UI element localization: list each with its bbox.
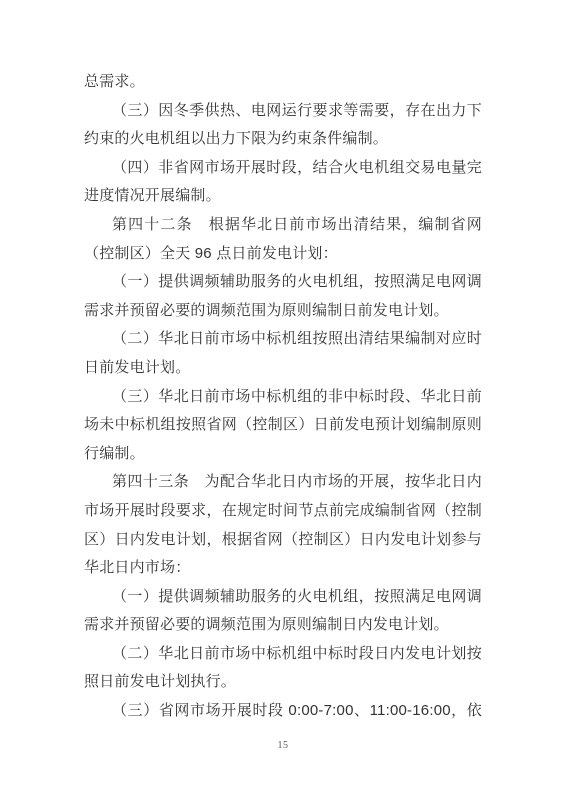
text-line: （二）华北日前市场中标机组中标时段日内发电计划按 [84,640,482,669]
text-line: 约束的火电机组以出力下限为约束条件编制。 [84,125,482,154]
text-line: （一）提供调频辅助服务的火电机组，按照满足电网调频 [84,583,482,612]
text-line: 场未中标机组按照省网（控制区）日前发电预计划编制原则进 [84,411,482,440]
text-line: （一）提供调频辅助服务的火电机组，按照满足电网调频 [84,268,482,297]
text-line: 总需求。 [84,68,482,97]
page-body-text: 总需求。（三）因冬季供热、电网运行要求等需要，存在出力下限约束的火电机组以出力下… [84,68,482,726]
text-line: 照日前发电计划执行。 [84,668,482,697]
text-line: （四）非省网市场开展时段，结合火电机组交易电量完成 [84,154,482,183]
page-footer: 15 [0,735,566,753]
text-line: 行编制。 [84,440,482,469]
document-page: 总需求。（三）因冬季供热、电网运行要求等需要，存在出力下限约束的火电机组以出力下… [0,0,566,800]
text-line: （三）省网市场开展时段 0:00-7:00、11:00-16:00，依 [84,697,482,726]
text-line: （三）因冬季供热、电网运行要求等需要，存在出力下限 [84,97,482,126]
text-line: 第四十二条 根据华北日前市场出清结果，编制省网 [84,211,482,240]
text-line: （控制区）全天 96 点日前发电计划： [84,240,482,269]
text-line: （二）华北日前市场中标机组按照出清结果编制对应时段 [84,325,482,354]
text-line: 区）日内发电计划，根据省网（控制区）日内发电计划参与 [84,526,482,555]
text-line: （三）华北日前市场中标机组的非中标时段、华北日前市 [84,383,482,412]
text-line: 华北日内市场： [84,554,482,583]
text-line: 需求并预留必要的调频范围为原则编制日前发电计划。 [84,297,482,326]
text-line: 进度情况开展编制。 [84,182,482,211]
text-line: 需求并预留必要的调频范围为原则编制日内发电计划。 [84,611,482,640]
page-number: 15 [278,740,289,751]
text-line: 市场开展时段要求，在规定时间节点前完成编制省网（控制 [84,497,482,526]
text-line: 第四十三条 为配合华北日内市场的开展，按华北日内 [84,468,482,497]
text-line: 日前发电计划。 [84,354,482,383]
